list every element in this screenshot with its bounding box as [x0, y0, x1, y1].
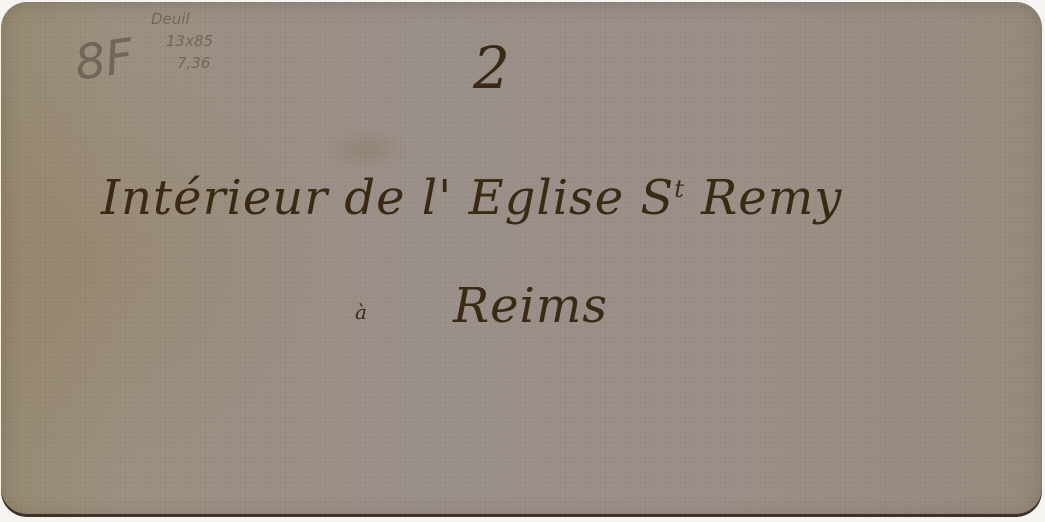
- pencil-note-code: 7,36: [177, 54, 210, 72]
- view-title-main: Intérieur de l' Eglise S: [101, 170, 674, 226]
- view-title-end: Remy: [685, 170, 842, 226]
- pencil-price-note: 8F: [71, 28, 136, 92]
- pencil-note-deuil: Deuil: [151, 10, 190, 28]
- pencil-note-dimensions: 13x85: [166, 32, 213, 50]
- view-title: Intérieur de l' Eglise St Remy: [101, 170, 842, 226]
- view-number: 2: [473, 34, 510, 102]
- stereoview-card: 8F Deuil 13x85 7,36 2 Intérieur de l' Eg…: [1, 2, 1042, 517]
- paper-texture: [1, 2, 1042, 517]
- preposition: à: [355, 300, 367, 324]
- view-title-superscript: t: [674, 175, 685, 203]
- view-place: Reims: [453, 278, 608, 334]
